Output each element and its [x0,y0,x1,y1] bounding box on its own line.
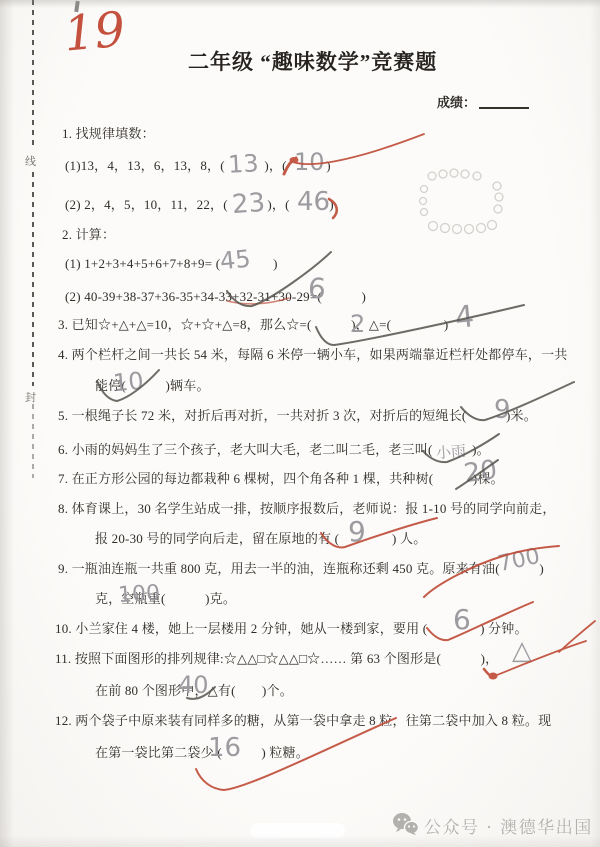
handwritten-answer-q1-2b: 46 [297,187,330,217]
handwritten-answer-q3-star: 2 [350,310,365,338]
question-7: 7. 在正方形公园的每边都栽种 6 棵树，四个角各种 1 棵，共种树( )棵。 [58,471,504,487]
handwritten-answer-q3-triangle: 4 [453,299,476,336]
teacher-score-mark: 19 [62,1,128,62]
question-5: 5. 一根绳子长 72 米，对折后再对折，一共对折 3 次，对折后的短绳长( )… [58,408,537,424]
handwritten-answer-q5: 9 [494,395,511,425]
handwritten-answer-q9-bottle: 100 [117,581,160,608]
red-check-q11 [492,641,586,677]
question-9-line1: 9. 一瓶油连瓶一共重 800 克，用去一半的油，连瓶称还剩 450 克。原来有… [58,561,544,577]
question-6: 6. 小雨的妈妈生了三个孩子，老大叫大毛，老二叫二毛，老三叫( )。 [58,442,490,458]
red-slash-q10-right [559,621,595,652]
handwritten-answer-q4: 10 [112,367,145,398]
score-label: 成绩： [437,92,476,111]
question-1-header: 1. 找规律填数： [62,126,155,142]
handwritten-answer-q1-2a: 23 [231,188,266,220]
handwritten-answer-q11-shape: △ [512,636,532,666]
question-4-line1: 4. 两个栏杆之间一共长 54 米，每隔 6 米停一辆小车，如果两端靠近栏杆处都… [58,347,568,363]
question-2-header: 2. 计算： [62,227,115,243]
binding-dashed-line [32,404,34,478]
handwritten-answer-q1-1a: 13 [227,149,259,179]
watermark-text: 公众号 · 澳德华出国 [424,813,593,838]
question-1-part2: (2) 2，4，5，10，11，22，( )，( ) [65,197,334,213]
handwritten-answer-q10: 6 [453,603,471,636]
handwritten-answer-q1-1b: 10 [294,148,325,176]
question-11-line1: 11. 按照下面图形的排列规律:☆△△□☆△△□☆…… 第 63 个图形是( )… [55,651,498,667]
page-title: 二年级 “趣味数学”竞赛题 [188,46,437,76]
handwritten-answer-q11-count: 40 [178,671,209,699]
question-3: 3. 已知☆+△+△=10，☆+☆+△=8，那么☆=( )，△=( ) [58,317,448,333]
handwritten-answer-q7: 20 [462,455,499,489]
question-8-line1: 8. 体育课上，30 名学生站成一排，按顺序报数后，老师说：报 1-10 号的同… [58,501,556,517]
question-9-line2: 克，空瓶重( )克。 [95,591,236,607]
handwritten-answer-q8: 9 [348,515,366,548]
wechat-icon [392,812,420,840]
binding-char-1: 线 [25,153,36,169]
question-12-line1: 12. 两个袋子中原来装有同样多的糖，从第一袋中拿走 8 粒，往第二袋中加入 8… [55,713,551,729]
binding-dashed-line [32,172,34,386]
binding-char-2: 封 [25,389,36,405]
question-1-part1: (1)13，4，13，6，13，8，( )，( ) [65,158,331,174]
question-12-line2: 在第一袋比第二袋少 ( ) 粒糖。 [95,745,309,761]
faint-center-watermark [250,823,345,838]
handwritten-answer-q2-1: 45 [219,244,252,275]
handwritten-answer-q2-2: 6 [307,271,327,305]
handwritten-answer-q12: 16 [208,733,241,763]
pencil-doodle-circles [420,169,504,234]
question-8-line2: 报 20-30 号的同学向后走，留在原地的有 ( ) 人。 [95,531,426,547]
score-blank-line [479,107,529,109]
binding-dashed-line [32,0,34,150]
